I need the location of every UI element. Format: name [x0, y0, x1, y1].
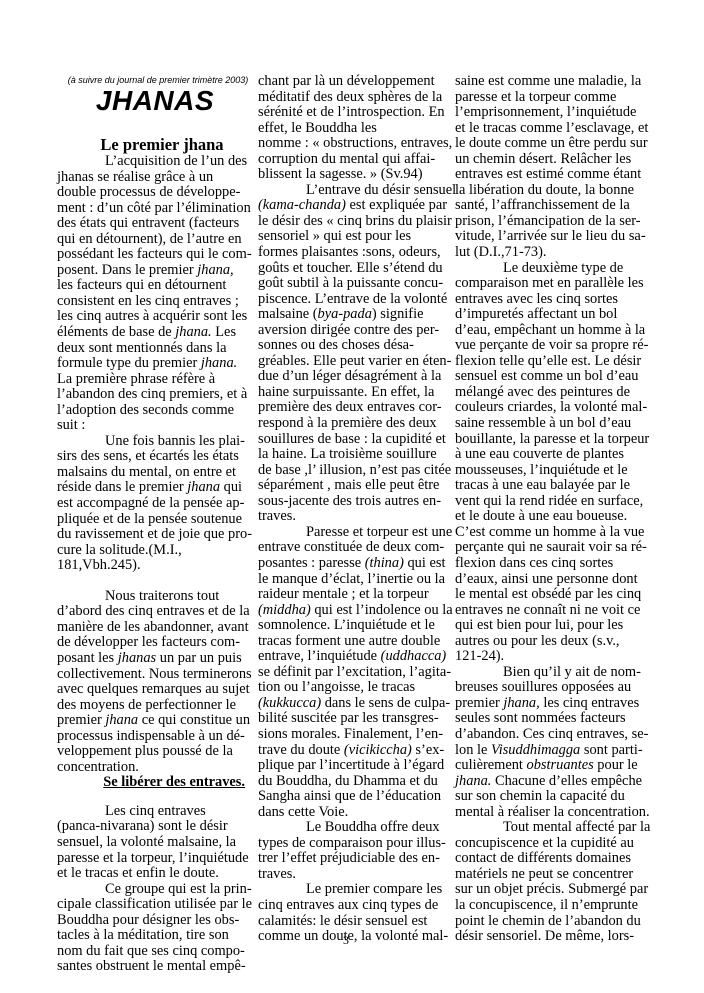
text-line: Nous traiterons tout [57, 589, 253, 605]
text-line: première des deux entraves cor- [258, 400, 450, 416]
text-line: Ce groupe qui est la prin- [57, 882, 253, 898]
column-1: (à suivre du journal de premier trimètre… [57, 75, 253, 975]
text-line: paresse et la torpeur comme [455, 90, 651, 106]
text-line: pliquée et de la pensée soutenue [57, 512, 253, 528]
text-line: (middha) qui est l’indolence ou la [258, 603, 450, 619]
text-line: couleurs criardes, la volonté mal- [455, 400, 651, 416]
column-3-text: saine est comme une maladie, laparesse e… [455, 74, 651, 945]
text-line: La première phrase réfère à [57, 372, 253, 388]
text-line: sirs des sens, et écartés les états [57, 449, 253, 465]
text-line: désir sensoriel. De même, lors- [455, 929, 651, 945]
text-line: le mental est obsédé par les cinq [455, 587, 651, 603]
text-line: perçante qui ne saurait voir sa ré- [455, 540, 651, 556]
text-line: et le tracas comme l’esclavage, et [455, 121, 651, 137]
text-line: d’impuretés affectant un bol [455, 307, 651, 323]
text-line: Le premier compare les [258, 882, 450, 898]
text-line: concentration. [57, 760, 253, 776]
text-line: double processus de développe- [57, 185, 253, 201]
text-line: santes obstruent le mental empê- [57, 959, 253, 975]
text-line: concupiscence et la cupidité au [455, 836, 651, 852]
text-line: vitude, l’arrivée sur le lieu du sa- [455, 229, 651, 245]
text-line: vent qui la rend ridée en surface, [455, 494, 651, 510]
text-line: Tout mental affecté par la [455, 820, 651, 836]
text-line: santé, l’affranchissement de la [455, 198, 651, 214]
text-line: Le Bouddha offre deux [258, 820, 450, 836]
text-line: manière de les abandonner, avant [57, 620, 253, 636]
text-line: est accompagné de la pensée ap- [57, 496, 253, 512]
text-line: Bouddha pour désigner les obs- [57, 913, 253, 929]
text-line: le désir des « cinq brins du plaisir [258, 214, 450, 230]
text-line: qui est bien pour lui, pour les [455, 618, 651, 634]
text-line: consistent en les cinq entraves ; [57, 294, 253, 310]
text-line: Paresse et torpeur est une [258, 525, 450, 541]
text-line: (kama-chanda) est expliquée par [258, 198, 450, 214]
text-line: d’abord des cinq entraves et de la [57, 604, 253, 620]
text-line: ment : d’un côté par l’élimination [57, 201, 253, 217]
text-line: Une fois bannis les plai- [57, 434, 253, 450]
text-line: suit : [57, 418, 253, 434]
text-line: goûts et toucher. Elle s’étend du [258, 261, 450, 277]
text-line: breuses souillures opposées au [455, 680, 651, 696]
text-line: 121-24). [455, 649, 651, 665]
text-line: sensuel, la volonté malsaine, la [57, 835, 253, 851]
text-line: gréables. Elle peut varier en éten- [258, 354, 450, 370]
text-line: dans cette Voie. [258, 805, 450, 821]
column-1-text-b: Les cinq entraves(panca-nivarana) sont l… [57, 804, 253, 975]
text-line: lut (D.I.,71-73). [455, 245, 651, 261]
text-line: posent. Dans le premier jhana, [57, 263, 253, 279]
text-line: formes plaisantes :sons, odeurs, [258, 245, 450, 261]
text-line: traves. [258, 867, 450, 883]
text-line: tion ou l’angoisse, le tracas [258, 680, 450, 696]
text-line: deux sont mentionnés dans la [57, 341, 253, 357]
text-line: sérénité et de l’introspection. En [258, 105, 450, 121]
text-line: entraves ne connaît ni ne voit ce [455, 603, 651, 619]
text-line: trer l’effet préjudiciable des en- [258, 851, 450, 867]
text-line: vue perçante de voir sa propre ré- [455, 338, 651, 354]
text-line: comparaison met en parallèle les [455, 276, 651, 292]
text-line: plique par l’incertitude à l’égard [258, 758, 450, 774]
text-line: la concupiscence, il n’emprunte [455, 898, 651, 914]
text-line: mousseuses, l’inquiétude et le [455, 463, 651, 479]
text-line: point le chemin de l’abandon du [455, 914, 651, 930]
text-line: les facteurs qui en détournent [57, 278, 253, 294]
text-line: matériels ne peut se concentrer [455, 867, 651, 883]
text-line: saine ressemble à un bol d’eau [455, 416, 651, 432]
text-line: (panca-nivarana) sont le désir [57, 819, 253, 835]
text-line: sions morales. Finalement, l’en- [258, 727, 450, 743]
text-line: l’abandon des cinq premiers, et à [57, 387, 253, 403]
text-line: goût subtil à la puissante concu- [258, 276, 450, 292]
column-3: saine est comme une maladie, laparesse e… [455, 74, 651, 945]
text-line: entraves avec les cinq sortes [455, 292, 651, 308]
text-line: cinq entraves aux cinq types de [258, 898, 450, 914]
text-line: saine est comme une maladie, la [455, 74, 651, 90]
text-line: posant les jhanas un par un puis [57, 651, 253, 667]
text-line: du Bouddha, du Dhamma et du [258, 774, 450, 790]
text-line: bilité suscitée par les transgres- [258, 711, 450, 727]
text-line: processus indispensable à un dé- [57, 729, 253, 745]
text-line: d’abandon. Ces cinq entraves, se- [455, 727, 651, 743]
text-line: somnolence. L’inquiétude et le [258, 618, 450, 634]
document-page: (à suivre du journal de premier trimètre… [0, 0, 704, 993]
text-line: cipale classification utilisée par le [57, 897, 253, 913]
text-line: tacles à la méditation, tire son [57, 928, 253, 944]
text-line: mental à réaliser la concentration. [455, 805, 651, 821]
text-line: du ravissement et de joie que pro- [57, 527, 253, 543]
text-line: sur un objet précis. Submergé par [455, 882, 651, 898]
text-line: et le tracas et enfin le doute. [57, 866, 253, 882]
text-line: haine surpuissante. En effet, la [258, 385, 450, 401]
text-line: seules sont nommées facteurs [455, 711, 651, 727]
text-line: flexion telle qu’elle est. Le désir [455, 354, 651, 370]
text-line: jhana. Chacune d’elles empêche [455, 774, 651, 790]
text-line: premier jhana ce qui constitue un [57, 713, 253, 729]
text-line: piscence. L’entrave de la volonté [258, 292, 450, 308]
text-line: L’entrave du désir sensuel [258, 183, 450, 199]
text-line: flexion dans ces cinq sortes [455, 556, 651, 572]
text-line: due d’un léger désagrément à la [258, 369, 450, 385]
text-line: souillures de base : la cupidité et [258, 432, 450, 448]
text-line: Les cinq entraves [57, 804, 253, 820]
text-line: Le deuxième type de [455, 261, 651, 277]
text-line: prison, l’émancipation de la ser- [455, 214, 651, 230]
column-2-text: chant par là un développementméditatif d… [258, 74, 450, 945]
text-line: nom du fait que ses cinq compo- [57, 944, 253, 960]
text-line: d’eaux, ainsi une personne dont [455, 572, 651, 588]
text-line: culièrement obstruantes pour le [455, 758, 651, 774]
text-line: Sangha ainsi que de l’éducation [258, 789, 450, 805]
text-line: avec quelques remarques au sujet [57, 682, 253, 698]
text-line: malsains du mental, on entre et [57, 465, 253, 481]
text-line: lon le Visuddhimagga sont parti- [455, 743, 651, 759]
text-line: se définit par l’excitation, l’agita- [258, 665, 450, 681]
text-line: sur son chemin la capacité du [455, 789, 651, 805]
text-line: (kukkucca) dans le sens de culpa- [258, 696, 450, 712]
text-line: jhanas se réalise grâce à un [57, 170, 253, 186]
text-line: paresse et la torpeur, l’inquiétude [57, 851, 253, 867]
text-line: tracas à une eau balayée par le [455, 478, 651, 494]
text-line: traves. [258, 509, 450, 525]
text-line: nomme : « obstructions, entraves, [258, 136, 450, 152]
text-line: L’acquisition de l’un des [57, 154, 253, 170]
text-line: 181,Vbh.245). [57, 558, 253, 574]
text-line: entrave, l’inquiétude (uddhacca) [258, 649, 450, 665]
text-line: entraves est estimé comme étant [455, 167, 651, 183]
text-line: malsaine (bya-pada) signifie [258, 307, 450, 323]
text-line: types de comparaison pour illus- [258, 836, 450, 852]
text-line: bouillante, la paresse et la torpeur [455, 432, 651, 448]
text-line: des moyens de perfectionner le [57, 698, 253, 714]
text-line: la haine. La troisième souillure [258, 447, 450, 463]
text-line: raideur mentale ; et la torpeur [258, 587, 450, 603]
text-line: sonnes ou des choses désa- [258, 338, 450, 354]
text-line: l’emprisonnement, l’inquiétude [455, 105, 651, 121]
text-line: la libération du doute, la bonne [455, 183, 651, 199]
text-line: sensoriel » qui est pour les [258, 229, 450, 245]
text-line: à une eau couverte de plantes [455, 447, 651, 463]
text-line: l’adoption des seconds comme [57, 403, 253, 419]
text-line: chant par là un développement [258, 74, 450, 90]
text-line: premier jhana, les cinq entraves [455, 696, 651, 712]
text-line: respond à la première des deux [258, 416, 450, 432]
text-line: calamités: le désir sensuel est [258, 914, 450, 930]
text-line: cure la solitude.(M.I., [57, 543, 253, 559]
text-line: aversion dirigée contre des per- [258, 323, 450, 339]
text-line: blissent la sagesse. » (Sv.94) [258, 167, 450, 183]
text-line: des états qui entravent (facteurs [57, 216, 253, 232]
text-line: éléments de base de jhana. Les [57, 325, 253, 341]
text-line: tracas forment une autre double [258, 634, 450, 650]
text-line: mélangé avec des peintures de [455, 385, 651, 401]
text-line: formule type du premier jhana. [57, 356, 253, 372]
text-line: de développer les facteurs com- [57, 635, 253, 651]
text-line: contact de différents domaines [455, 851, 651, 867]
text-line: les cinq autres à acquérir sont les [57, 309, 253, 325]
text-line: collectivement. Nous terminerons [57, 667, 253, 683]
subsection-title: Se libérer des entraves. [57, 775, 253, 791]
text-line: séparément , mais elle peut être [258, 478, 450, 494]
text-line: comme un doute, la volonté mal- [258, 929, 450, 945]
text-line: le manque d’éclat, l’inertie ou la [258, 572, 450, 588]
text-line: le doute comme un être perdu sur [455, 136, 651, 152]
text-line: veloppement plus poussé de la [57, 744, 253, 760]
text-line: Bien qu’il y ait de nom- [455, 665, 651, 681]
text-line: sensuel est comme un bol d’eau [455, 369, 651, 385]
column-2: chant par là un développementméditatif d… [258, 74, 450, 945]
text-line: entrave constituée de deux com- [258, 540, 450, 556]
text-line: effet, le Bouddha les [258, 121, 450, 137]
text-line: et le doute à une eau boueuse. [455, 509, 651, 525]
text-line: d’eau, empêchant un homme à la [455, 323, 651, 339]
text-line: un chemin désert. Relâcher les [455, 152, 651, 168]
text-line: corruption du mental qui affai- [258, 152, 450, 168]
text-line: posantes : paresse (thina) qui est [258, 556, 450, 572]
document-title: JHANAS [57, 86, 253, 116]
text-line: qui en détournent), de l’autre en [57, 232, 253, 248]
text-line: de base ,l’ illusion, n’est pas citée [258, 463, 450, 479]
text-line: méditatif des deux sphères de la [258, 90, 450, 106]
text-line: trave du doute (vicikiccha) s’ex- [258, 743, 450, 759]
text-line: possédant les facteurs qui le com- [57, 247, 253, 263]
text-line: sous-jacente des trois autres en- [258, 494, 450, 510]
text-line: C’est comme un homme à la vue [455, 525, 651, 541]
page-number: 3 [343, 933, 349, 948]
text-line: réside dans le premier jhana qui [57, 480, 253, 496]
section-title: Le premier jhana [57, 136, 253, 154]
text-line: autres ou pour les deux (s.v., [455, 634, 651, 650]
column-1-text: L’acquisition de l’un desjhanas se réali… [57, 154, 253, 775]
